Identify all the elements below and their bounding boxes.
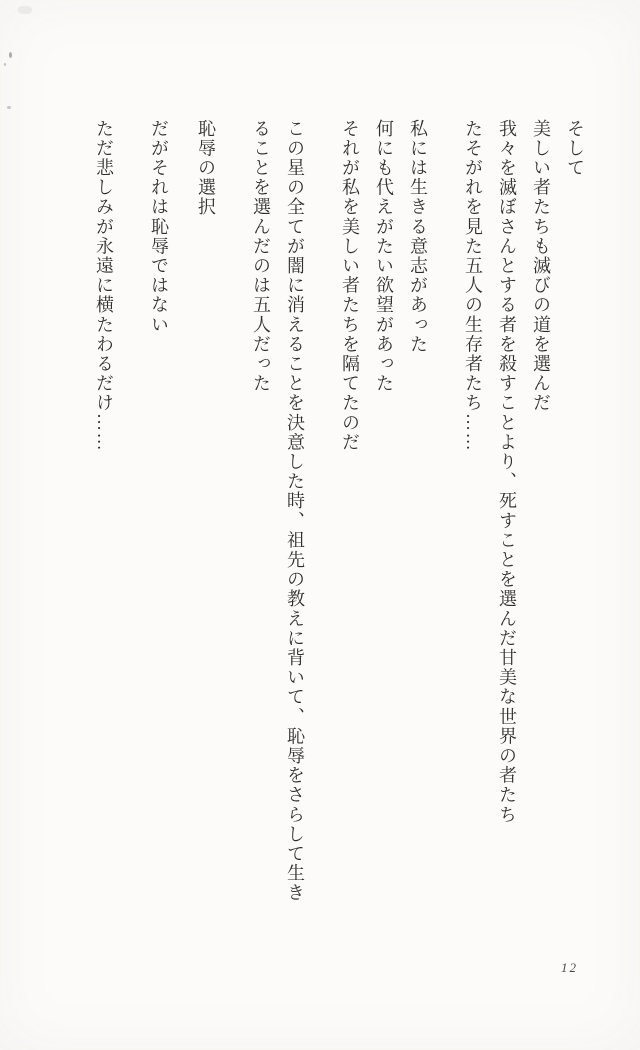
- poem-line: 私には生きる意志があった: [409, 119, 427, 929]
- poem-line: この星の全てが闇に消えることを決意した時、祖先の教えに背いて、恥辱をさらして生き: [286, 119, 304, 929]
- scan-speck: [7, 106, 11, 109]
- poem-line: ただ悲しみが永遠に横たわるだけ……: [95, 119, 113, 929]
- scan-speck: [9, 52, 12, 58]
- poem-line: だがそれは恥辱ではない: [150, 119, 168, 929]
- poem-text-block: そして 美しい者たちも滅びの道を選んだ 我々を滅ぼさんとする者を殺すことより、死…: [79, 119, 584, 929]
- scan-smudge: [18, 6, 32, 14]
- poem-line: それが私を美しい者たちを隔てたのだ: [341, 119, 359, 929]
- poem-line: 我々を滅ぼさんとする者を殺すことより、死すことを選んだ甘美な世界の者たち: [498, 119, 516, 929]
- poem-line: 恥辱の選択: [197, 119, 215, 929]
- poem-line: たそがれを見た五人の生存者たち……: [464, 119, 482, 929]
- book-page: そして 美しい者たちも滅びの道を選んだ 我々を滅ぼさんとする者を殺すことより、死…: [0, 0, 640, 1050]
- poem-line: そして: [566, 119, 584, 929]
- scan-speck: [4, 63, 6, 66]
- poem-line: 美しい者たちも滅びの道を選んだ: [532, 119, 550, 929]
- page-number: 12: [561, 960, 578, 976]
- poem-line: ることを選んだのは五人だった: [252, 119, 270, 929]
- poem-line: 何にも代えがたい欲望があった: [375, 119, 393, 929]
